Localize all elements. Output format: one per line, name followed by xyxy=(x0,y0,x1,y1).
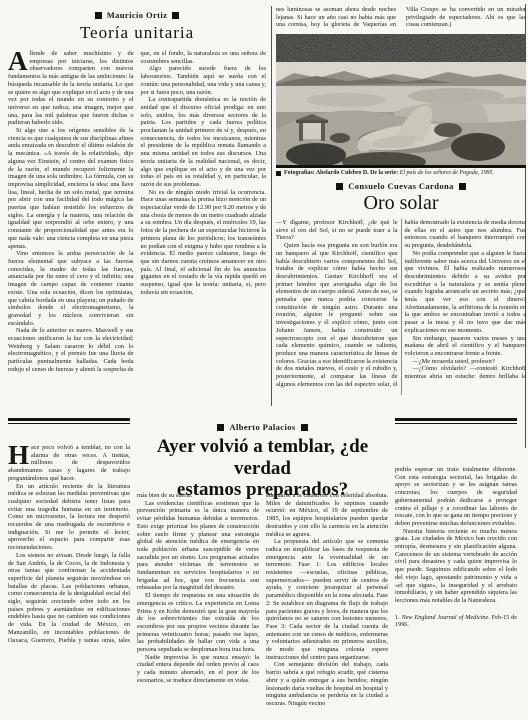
double-rule xyxy=(8,418,130,424)
right-column-block: nes luminosas se asoman ahora desde noch… xyxy=(276,6,526,410)
paragraph: —Y dígame, profesor Kirchhoff, ¿de qué l… xyxy=(276,219,398,242)
byline-square-icon xyxy=(301,424,308,431)
article-body: Allende de saber muchísimo y de empresas… xyxy=(8,50,266,380)
vertical-divider-rule xyxy=(271,6,272,406)
paragraph: El tiempo de respuesta en una situación … xyxy=(137,592,259,654)
paragraph: nes luminosas se asoman ahora desde noch… xyxy=(276,6,526,31)
temblor-column-3: adecuarse a la catástrofe con celeridad … xyxy=(266,492,388,720)
photomontage-reclining-figure-landscape xyxy=(276,34,526,168)
paragraph: Los sismos no avisan. Desde luego, la fa… xyxy=(8,552,130,644)
dropcap-letter: H xyxy=(8,444,31,466)
paragraph: Si algo une a los orígenes sensibles de … xyxy=(8,127,134,250)
paragraph: podría esperar un trato totalmente difer… xyxy=(395,466,517,528)
byline-consuelo-cuevas: Consuelo Cuevas Cardona xyxy=(276,181,526,191)
paragraph: Con semejante división del trabajo, cada… xyxy=(266,661,388,707)
paragraph: Vino entonces la ardua persecución de la… xyxy=(8,250,134,327)
article-title: Oro solar xyxy=(276,192,526,215)
byline-square-icon xyxy=(336,183,343,190)
paragraph: Allende de saber muchísimo y de empresas… xyxy=(8,50,134,127)
byline-square-icon xyxy=(459,183,466,190)
temblor-column-4: podría esperar un trato totalmente difer… xyxy=(395,418,517,720)
paragraph: La propuesta del artículo que se comenta… xyxy=(266,538,388,661)
newspaper-page: Mauricio Ortiz Teoría unitaria Allende d… xyxy=(0,0,528,720)
byline-square-icon xyxy=(217,424,224,431)
paragraph: Hace poco volvió a temblar, no con la al… xyxy=(8,444,130,483)
photo-caption: Fotografías: Abelardo Culebro D. De la s… xyxy=(276,170,526,177)
title-line-1: Ayer volvió a temblar, ¿de verdad xyxy=(137,436,388,479)
paragraph: Sin embargo, pasaron varios meses y una … xyxy=(405,335,527,358)
temblor-column-2: más bien de su suerte. Las evidencias ci… xyxy=(137,492,259,720)
article-teoria-unitaria: Mauricio Ortiz Teoría unitaria Allende d… xyxy=(8,6,266,410)
double-rule xyxy=(395,418,517,424)
paragraph: No podía comprender que a alguien le fue… xyxy=(405,250,527,335)
temblor-header: Alberto Palacios Ayer volvió a temblar, … xyxy=(137,418,388,492)
byline-square-icon xyxy=(95,12,102,19)
author-name: Consuelo Cuevas Cardona xyxy=(348,181,454,191)
dropcap-letter: A xyxy=(8,50,30,72)
previous-article-ending: nes luminosas se asoman ahora desde noch… xyxy=(276,6,526,31)
paragraph: No es de ningún modo trivial la ocurrenc… xyxy=(141,189,267,297)
paragraph: —¿Me recuerda usted, profesor? xyxy=(405,358,527,366)
caption-text: Fotografías: Abelardo Culebro D. De la s… xyxy=(284,170,494,177)
paragraph: Nadie improvisa lo que nunca ensayó: la … xyxy=(137,654,259,685)
paragraph: adecuarse a la catástrofe con celeridad … xyxy=(266,492,388,538)
paragraph: Algo parecido sucede fuera de los labora… xyxy=(141,65,267,96)
paragraph: Nuestra historia reciente es mucho menos… xyxy=(395,528,517,605)
paragraph: En un artículo reciente de la literatura… xyxy=(8,483,130,552)
temblor-column-1: Hace poco volvió a temblar, no con la al… xyxy=(8,418,130,720)
byline-alberto-palacios: Alberto Palacios xyxy=(137,422,388,432)
article-title: Ayer volvió a temblar, ¿de verdad estamo… xyxy=(137,436,388,501)
author-name: Alberto Palacios xyxy=(229,422,295,432)
paragraph: más bien de su suerte. xyxy=(137,492,259,500)
paragraph: Las evidencias científicas sostienen que… xyxy=(137,500,259,592)
photo-figure: Fotografías: Abelardo Culebro D. De la s… xyxy=(276,34,526,177)
paragraph: La contrapartida doméstica es la noción … xyxy=(141,96,267,188)
byline-square-icon xyxy=(172,12,179,19)
author-name: Mauricio Ortiz xyxy=(107,10,168,20)
article-title: Teoría unitaria xyxy=(8,23,266,43)
article-oro-solar: Consuelo Cuevas Cardona Oro solar —Y díg… xyxy=(276,181,526,395)
footnote-reference: 1. New England Journal of Medicine. Feb-… xyxy=(395,614,517,629)
article-body: —Y dígame, profesor Kirchhoff, ¿de qué l… xyxy=(276,219,526,395)
top-section: Mauricio Ortiz Teoría unitaria Allende d… xyxy=(8,6,524,410)
caption-square-icon xyxy=(276,171,281,176)
article-temblor: Hace poco volvió a temblar, no con la al… xyxy=(8,418,517,720)
byline-mauricio-ortiz: Mauricio Ortiz xyxy=(8,10,266,20)
